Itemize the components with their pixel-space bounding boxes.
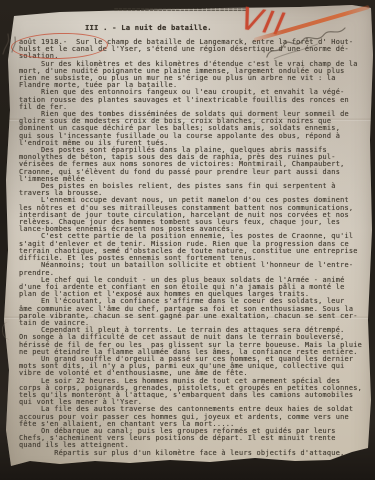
- document-body: août 1918.- Sur le champ de bataille de …: [19, 39, 367, 457]
- paragraph: C'est cette partie de la position ennemi…: [19, 233, 367, 262]
- paragraph: Le soir 22 heures. Les hommes munis de t…: [19, 378, 367, 407]
- pencil-margin-mark: [0, 30, 18, 58]
- paragraph: L'ennemi occupe devant nous, un petit ma…: [19, 197, 367, 233]
- paragraph: Des postes sont éparpillés dans la plain…: [19, 147, 367, 183]
- paragraph: Rien que des entonnoirs fangeux ou l'eau…: [19, 89, 367, 111]
- paragraph: Néanmoins; tout un bataillon sollicite e…: [19, 262, 367, 276]
- paragraph: Sur des kilomètres et des kilomètres d'é…: [19, 61, 367, 90]
- paragraph: Des pistes en boisles relient, des piste…: [19, 183, 367, 197]
- paragraph: La file des autos traverse des cantonnem…: [19, 406, 367, 428]
- paragraph: En l'écoutant, la confiance s'affirme da…: [19, 298, 367, 327]
- typed-divider-line: ==============================: [114, 6, 246, 14]
- paragraph: On débarque au canal; puis les groupes r…: [19, 428, 367, 450]
- section-title: III . - La nuit de bataille.: [85, 23, 212, 32]
- paragraph: Répartis sur plus d'un kilomètre face à …: [19, 450, 367, 457]
- paragraph: Rien que des tombes disséminées de solda…: [19, 111, 367, 147]
- paragraph: Cependant il pleut à torrents. Le terrai…: [19, 327, 367, 356]
- paragraph: Un grand souffle d'orgeuil a passé sur c…: [19, 356, 367, 378]
- scanned-page-photo: { "page": { "divider": "================…: [0, 0, 375, 480]
- paragraph: Le chef qui le conduit - un des plus bea…: [19, 277, 367, 299]
